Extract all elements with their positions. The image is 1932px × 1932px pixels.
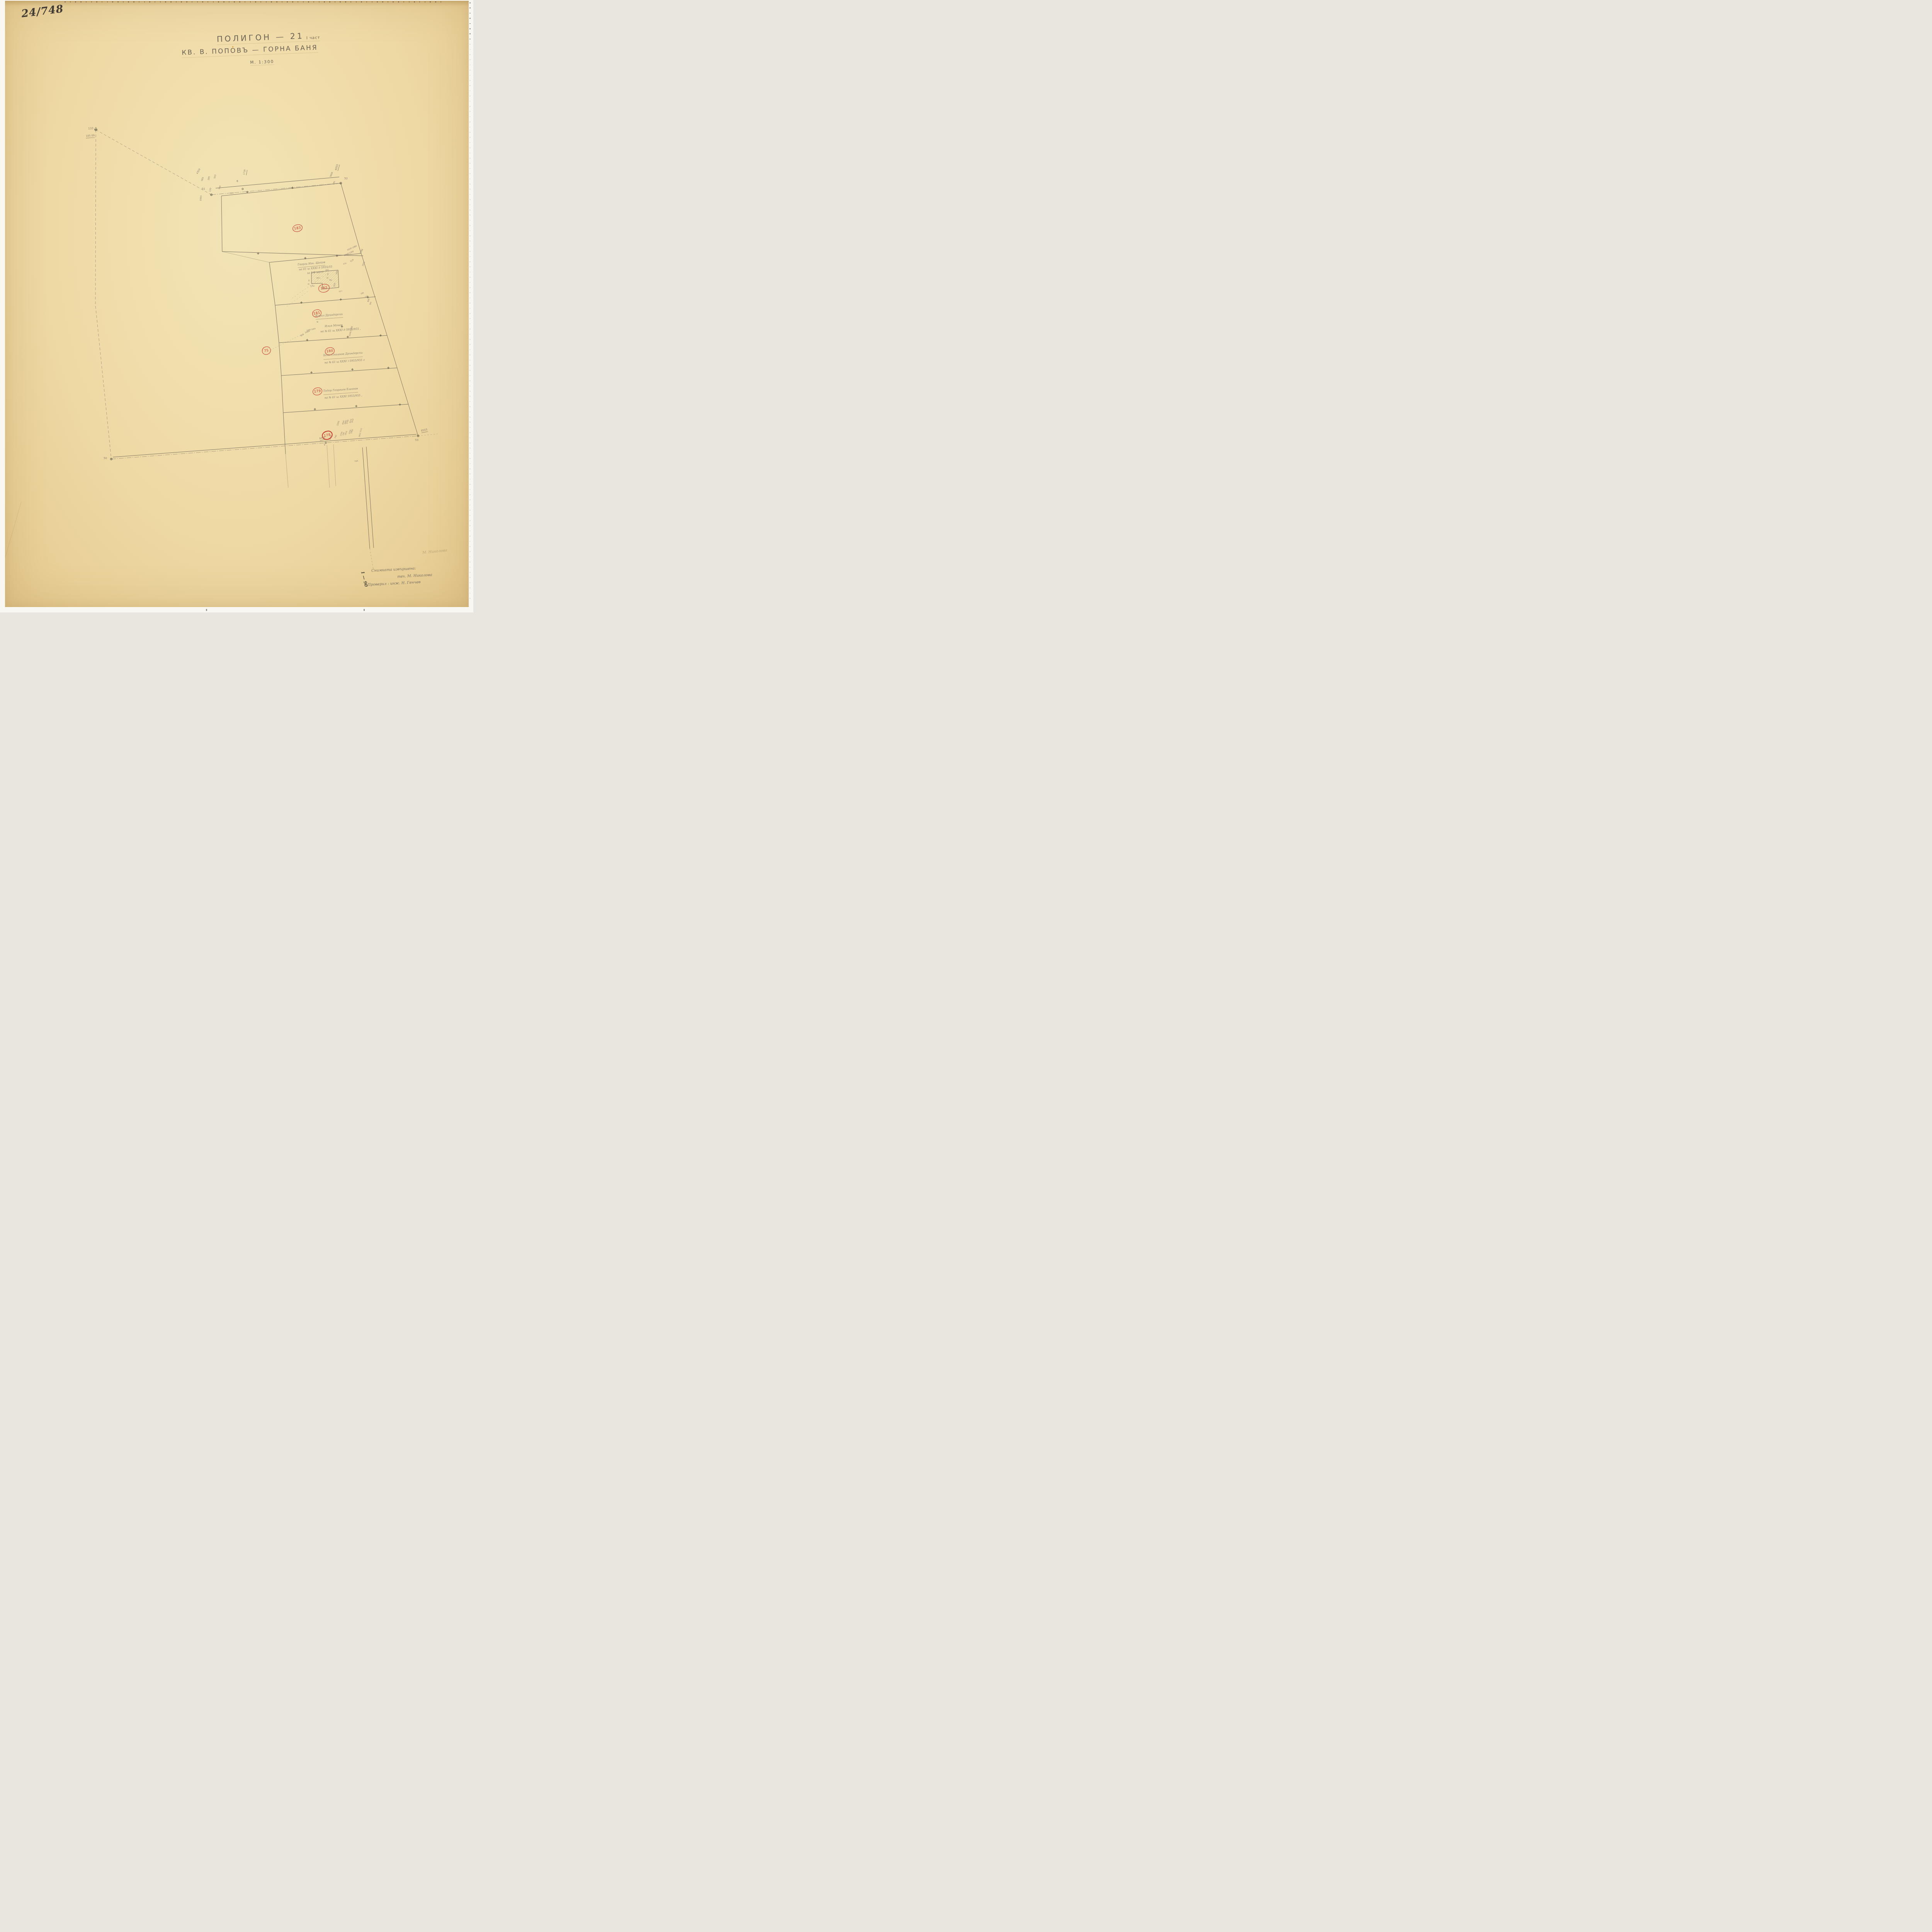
footer-line-tech: тех. М. Николова xyxy=(397,571,460,579)
perforation-dot xyxy=(430,2,431,3)
perforation-dot xyxy=(469,412,471,413)
perforation-dot xyxy=(469,468,471,469)
perforation-dot xyxy=(469,458,471,459)
perforation-dot xyxy=(469,308,471,309)
perforation-dot xyxy=(469,406,471,407)
survey-drawing xyxy=(0,0,473,612)
perforation-dot xyxy=(308,2,309,3)
perforation-dot xyxy=(398,2,399,3)
map-annotation: 51 xyxy=(202,188,205,190)
perforation-dot xyxy=(469,484,471,485)
perforation-dot xyxy=(469,80,471,81)
perforation-dot xyxy=(469,334,471,335)
perforation-dot xyxy=(324,2,325,3)
perforation-dot xyxy=(469,577,471,578)
map-annotation: 6 xyxy=(236,180,238,183)
perforation-dot xyxy=(469,328,471,330)
perforation-dot xyxy=(469,587,471,588)
perforation-dot xyxy=(469,520,471,521)
perforation-dot xyxy=(292,2,293,3)
perforation-dot xyxy=(469,525,471,526)
perforation-dot xyxy=(356,2,357,3)
perforation-dot xyxy=(469,365,471,366)
perforation-dot xyxy=(80,2,82,3)
perforation-dot xyxy=(469,23,471,24)
perforation-dot xyxy=(469,153,471,154)
perforation-dot xyxy=(469,499,471,500)
map-scale: М. 1:300 xyxy=(250,60,274,66)
perforation-dot xyxy=(469,33,471,34)
perforation-dot xyxy=(469,561,471,563)
perforation-dot xyxy=(96,2,97,3)
perforation-dot xyxy=(469,292,471,293)
perforation-dot xyxy=(469,447,471,449)
perforation-dot xyxy=(133,2,134,3)
perforation-dot xyxy=(469,132,471,133)
perforation-dot xyxy=(377,2,378,3)
perforation-dot xyxy=(469,85,471,86)
perforation-dot xyxy=(469,494,471,495)
perforation-dot xyxy=(414,2,415,3)
perforation-dot xyxy=(469,256,471,257)
map-annotation: 52 xyxy=(344,177,348,180)
perforation-dot xyxy=(469,489,471,490)
perforation-dot xyxy=(65,2,66,3)
perforation-dot xyxy=(469,44,471,45)
map-annotation: 105 09 xyxy=(86,134,95,138)
perforation-dot xyxy=(469,209,471,211)
map-annotation: ↑ xyxy=(327,274,329,276)
perforation-dot xyxy=(469,173,471,174)
perforation-dot xyxy=(469,422,471,423)
perforation-dot xyxy=(469,463,471,464)
perforation-dot xyxy=(361,2,362,3)
perforation-dot xyxy=(186,2,187,3)
perforation-dot xyxy=(469,59,471,60)
perforation-dot xyxy=(469,95,471,97)
perforation-dot xyxy=(469,437,471,439)
perforation-dot xyxy=(469,225,471,226)
scanned-map-sheet: 24/748 ПОЛИГОН — 21І част КВ. В. ПОПОВЪ … xyxy=(0,0,473,612)
perforation-dot xyxy=(218,2,219,3)
perforation-dot xyxy=(303,2,304,3)
perforation-dot xyxy=(75,2,76,3)
map-annotation: той. xyxy=(354,460,359,463)
edge-tick xyxy=(206,609,207,611)
title-block: ПОЛИГОН — 21І част КВ. В. ПОПОВЪ — ГОРНА… xyxy=(181,31,321,68)
map-annotation: мн xyxy=(316,277,320,279)
perforation-dot xyxy=(469,303,471,304)
perforation-dot xyxy=(469,370,471,371)
perforation-dot xyxy=(469,18,471,19)
perforation-dot xyxy=(117,2,119,3)
perforation-dot xyxy=(469,179,471,180)
perforation-dot xyxy=(287,2,288,3)
parcel-boundaries xyxy=(113,177,418,549)
perforation-dot xyxy=(469,515,471,516)
perforation-dot xyxy=(469,339,471,340)
perforation-dot xyxy=(469,251,471,252)
perforation-dot xyxy=(181,2,182,3)
owner-note-line: и xyxy=(316,320,318,325)
perforation-dot xyxy=(469,313,471,314)
perforation-dot xyxy=(469,261,471,262)
map-annotation: 50 xyxy=(104,457,107,460)
perforation-dot xyxy=(469,158,471,159)
owner-note: Боян Стоянов Дръндарскина № 61 ш XXXI ) … xyxy=(323,350,365,366)
perforation-dot xyxy=(170,2,172,3)
perforation-dot xyxy=(202,2,203,3)
perforation-dot xyxy=(112,2,113,3)
map-annotation: ⊙ xyxy=(327,277,328,279)
perforation-dot xyxy=(469,551,471,552)
perforation-dot xyxy=(469,593,471,594)
perforation-dot xyxy=(197,2,198,3)
perforation-dot xyxy=(469,536,471,537)
perforation-dot xyxy=(469,391,471,392)
perforation-dot xyxy=(469,214,471,216)
perforation-dot xyxy=(469,121,471,122)
perforation-dot xyxy=(469,127,471,128)
perforation-dot xyxy=(469,240,471,241)
perforation-dot xyxy=(469,101,471,102)
perforation-dot xyxy=(469,432,471,433)
perforation-dot xyxy=(276,2,277,3)
map-annotation: 133 xyxy=(88,127,94,130)
perforation-dot xyxy=(469,282,471,283)
perforation-dot xyxy=(469,230,471,231)
perforation-dot xyxy=(340,2,341,3)
boundary-tick-crosses xyxy=(246,187,401,410)
survey-point-markers xyxy=(94,127,419,460)
perforation-dot xyxy=(469,70,471,71)
perforation-dot xyxy=(469,147,471,148)
perforation-dot xyxy=(469,380,471,381)
perforation-dot xyxy=(149,2,150,3)
perforation-dot xyxy=(329,2,330,3)
map-title-suffix: І част xyxy=(306,36,320,40)
perforation-dot xyxy=(469,360,471,361)
map-annotation: ↑ xyxy=(308,280,310,282)
perforation-dot xyxy=(469,598,471,599)
perforation-dot xyxy=(469,106,471,107)
perforation-dot xyxy=(469,49,471,50)
edge-tick xyxy=(364,609,365,611)
owner-note: Кирил ДръндарскииИлия Моневна № 61 ш XXX… xyxy=(315,311,361,335)
perforation-dot xyxy=(469,28,471,29)
perforation-dot xyxy=(165,2,166,3)
perforation-dot xyxy=(469,318,471,319)
perforation-dot xyxy=(469,2,471,3)
perforation-dot xyxy=(469,204,471,206)
map-annotation: 5 xyxy=(324,444,325,446)
perforation-dot xyxy=(469,546,471,547)
perforation-dot xyxy=(469,567,471,568)
perforation-dot xyxy=(234,2,235,3)
perforation-dot xyxy=(144,2,145,3)
owner-note: Тодор Георгиев Благоевна № 61 ш XXXI 595… xyxy=(323,385,362,401)
perforation-dot xyxy=(128,2,129,3)
perforation-dot xyxy=(469,266,471,267)
map-subtitle: КВ. В. ПОПОВЪ — ГОРНА БАНЯ xyxy=(182,44,318,58)
perforation-dot xyxy=(469,386,471,387)
perforation-dot xyxy=(469,111,471,112)
perforation-dot xyxy=(469,137,471,138)
perforation-dot xyxy=(469,396,471,397)
perforation-dot xyxy=(469,473,471,474)
perforation-dot xyxy=(469,7,471,9)
perforation-dot xyxy=(469,510,471,511)
perforation-dot xyxy=(345,2,346,3)
perforation-dot xyxy=(469,189,471,190)
perforation-dot xyxy=(223,2,224,3)
perforation-dot xyxy=(409,2,410,3)
perforation-dot xyxy=(469,442,471,444)
perforation-dot xyxy=(239,2,240,3)
perforation-dot xyxy=(469,54,471,55)
perforation-dot xyxy=(469,163,471,164)
perforation-dot xyxy=(250,2,251,3)
perforation-dot xyxy=(469,541,471,542)
map-annotation: ⊙ xyxy=(308,283,310,286)
perforation-dot xyxy=(271,2,272,3)
perforation-dot xyxy=(469,417,471,418)
perforation-dot xyxy=(91,2,92,3)
perforation-dot xyxy=(469,572,471,573)
perforation-dot xyxy=(469,287,471,288)
perforation-dot xyxy=(469,75,471,76)
perforation-dot xyxy=(393,2,394,3)
perforation-dot xyxy=(469,184,471,185)
perforation-dot xyxy=(382,2,383,3)
perforation-dot xyxy=(469,277,471,278)
perforation-dot xyxy=(435,2,436,3)
perforation-dot xyxy=(469,354,471,355)
perforation-dot xyxy=(469,344,471,345)
perforation-dot xyxy=(255,2,256,3)
perforation-dot xyxy=(469,199,471,200)
map-annotation: 53 xyxy=(415,439,418,442)
perforation-dot xyxy=(469,235,471,236)
